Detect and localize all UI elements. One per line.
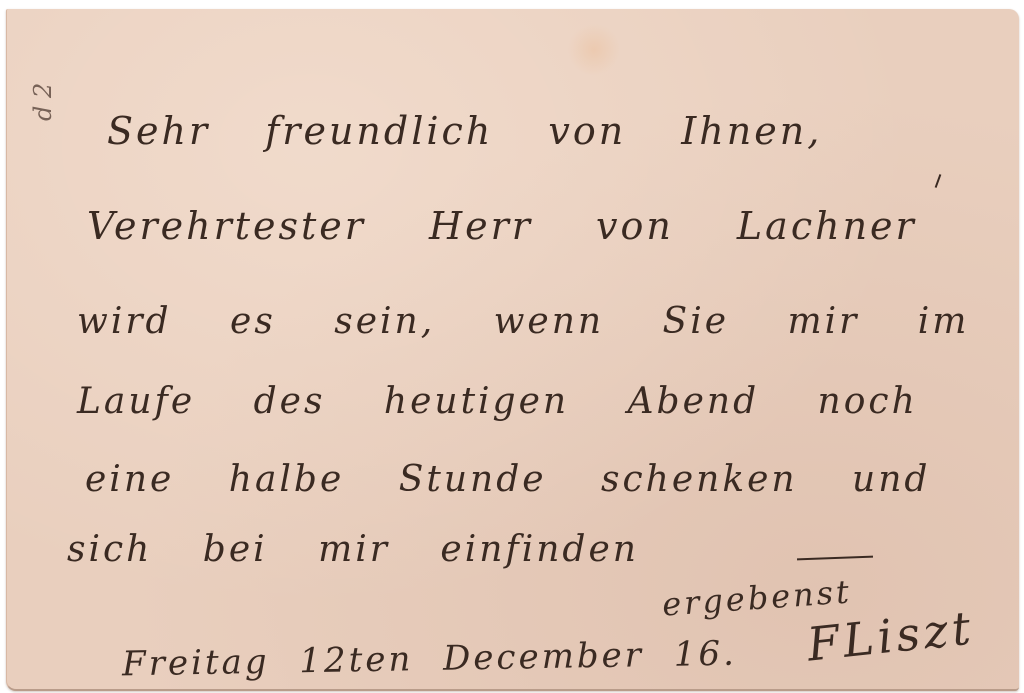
letter-card: d 2 Sehr freundlich von Ihnen, Verehrtes… [6,9,1019,691]
ink-mark [935,174,942,188]
text-line-3: wird es sein, wenn Sie mir im [77,301,969,342]
text-line-6: sich bei mir einfinden [67,529,639,570]
date-line: Freitag 12ten December 16. [122,634,738,685]
text-line-5: eine halbe Stunde schenken und [85,459,930,500]
text-line-1: Sehr freundlich von Ihnen, [107,109,822,153]
margin-note: d 2 [29,83,57,121]
text-line-2: Verehrtester Herr von Lachner [87,204,917,248]
closing-dash [797,556,873,561]
text-line-4: Laufe des heutigen Abend noch [77,381,918,422]
